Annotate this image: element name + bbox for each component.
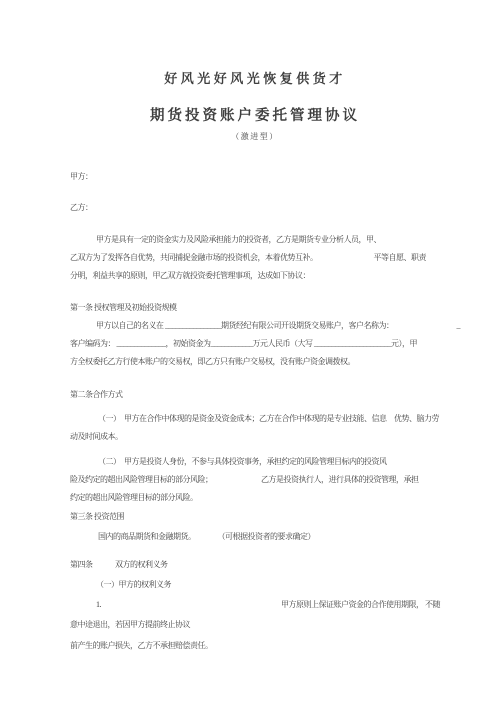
- article-4-item-1-number: 1.: [70, 596, 101, 614]
- intro-line-2: 乙双方为了发挥各自优势，共同捕捉金融市场的投资机会，本着优势互补。 平等自愿、职…: [70, 249, 440, 267]
- document-page: 好风光好风光恢复供货才 期货投资账户委托管理协议 （激进型） 甲方： 乙方： 甲…: [0, 0, 500, 708]
- article-2-item-1-line-1: （一） 甲方在合作中体现的是资金及资金成本；乙方在合作中体现的是专业技能、信息 …: [70, 410, 440, 428]
- agreement-type-label: （激进型）: [70, 131, 440, 142]
- article-2-item-1-line-2: 动及时间成本。: [70, 428, 440, 446]
- article-2: 第二条合作方式 （一） 甲方在合作中体现的是资金及资金成本；乙方在合作中体现的是…: [70, 386, 440, 507]
- article-4-subheading: （一）甲方的权利义务: [70, 576, 440, 594]
- article-2-item-2-line-3: 约定的超出风险管理目标的部分风险。: [70, 489, 440, 507]
- article-4: 第四条 双方的权利义务 （一）甲方的权利义务 1. 甲方原则上保证账户资金的合作…: [70, 556, 440, 655]
- intro-line-1: 甲方是具有一定的资金实力及风险承担能力的投资者，乙方是期货专业分析人员，甲、: [70, 231, 440, 249]
- article-3: 第三条 投资范围 国内的商品期货和金融期货。 （可根据投资者的要求确定）: [70, 508, 440, 546]
- main-title: 期货投资账户委托管理协议: [70, 106, 440, 126]
- article-1-line-1-blank: _: [457, 317, 461, 335]
- article-1: 第一条 授权管理及初始投资规模 甲方以自己的名义在 ______________…: [70, 299, 440, 371]
- header-title: 好风光好风光恢复供货才: [70, 70, 440, 88]
- article-4-heading: 第四条 双方的权利义务: [70, 556, 440, 574]
- intro-line-3: 分明，利益共享的原则，甲乙双方就投资委托管理事项，达成如下协议：: [70, 267, 440, 285]
- article-2-item-2-line-2: 险及约定的超出风险管理目标的部分风险； 乙方是投资执行人，进行具体的投资管理，承…: [70, 471, 440, 489]
- party-b-label: 乙方：: [70, 199, 440, 217]
- article-3-line-1: 国内的商品期货和金融期货。 （可根据投资者的要求确定）: [70, 528, 440, 546]
- intro-paragraph: 甲方是具有一定的资金实力及风险承担能力的投资者，乙方是期货专业分析人员，甲、 乙…: [70, 231, 440, 285]
- article-1-line-2: 客户编码为： ______________，初始资金为____________万…: [70, 335, 440, 353]
- article-4-item-1-line-1: 1. 甲方原则上保证账户资金的合作使用期限， 不随: [70, 596, 440, 614]
- article-4-item-1-text: 甲方原则上保证账户资金的合作使用期限， 不随: [281, 596, 440, 614]
- party-a-label: 甲方：: [70, 168, 440, 186]
- article-2-heading: 第二条合作方式: [70, 386, 440, 404]
- article-1-line-1-text: 甲方以自己的名义在 ________________期货经纪有限公司开设期货交易…: [70, 317, 394, 335]
- article-1-line-3: 方全权委托乙方行使本账户的交易权，即乙方只有账户交易权，没有账户资金调拨权。: [70, 353, 440, 371]
- article-1-heading: 第一条 授权管理及初始投资规模: [70, 299, 440, 317]
- article-4-item-1-line-3: 前产生的账户损失，乙方不承担赔偿责任。: [70, 637, 440, 655]
- article-1-line-1: 甲方以自己的名义在 ________________期货经纪有限公司开设期货交易…: [70, 317, 440, 335]
- article-4-item-1-line-2: 意中途退出，若因甲方提前终止协议: [70, 616, 440, 634]
- article-2-item-2-line-1: （二） 甲方是投资人身份，不参与具体投资事务，承担约定的风险管理目标内的投资风: [70, 453, 440, 471]
- article-3-heading: 第三条 投资范围: [70, 508, 440, 526]
